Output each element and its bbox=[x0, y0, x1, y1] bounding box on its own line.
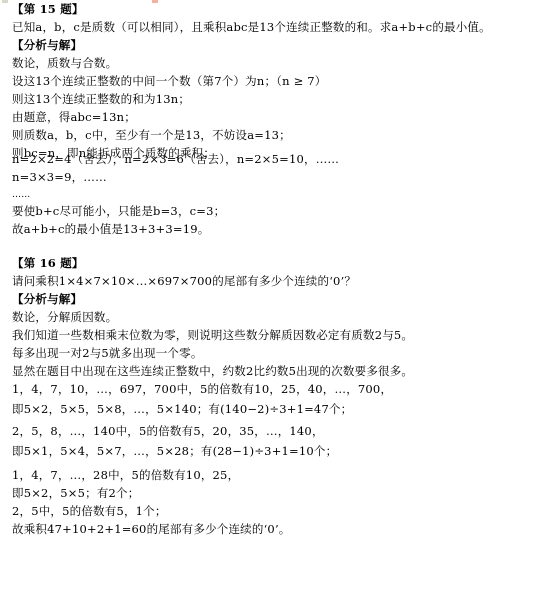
problem-15-title: 【第 15 题】 bbox=[12, 1, 84, 17]
problem-16-analysis-header: 【分析与解】 bbox=[12, 291, 82, 307]
solution-line: 数论，分解质因数。 bbox=[12, 309, 117, 325]
corner-artifact bbox=[2, 0, 8, 3]
solution-line: 即5×2，5×5；有2个； bbox=[12, 485, 139, 501]
solution-line: 2，5，8，…，140中，5的倍数有5，20，35，…，140， bbox=[12, 423, 324, 439]
problem-15-analysis-header: 【分析与解】 bbox=[12, 37, 82, 53]
ellipsis-line: …… bbox=[12, 187, 30, 203]
solution-line: 数论，质数与合数。 bbox=[12, 55, 117, 71]
solution-line: n=3×3=9，…… bbox=[12, 169, 107, 185]
solution-line: 即5×1，5×4，5×7，…，5×28；有(28−1)÷3+1=10个； bbox=[12, 443, 337, 459]
solution-line: 我们知道一些数相乘末位数为零，则说明这些数分解质因数必定有质数2与5。 bbox=[12, 327, 413, 343]
solution-line: 每多出现一对2与5就多出现一个零。 bbox=[12, 345, 203, 361]
problem-16-title: 【第 16 题】 bbox=[12, 255, 84, 271]
solution-line: 显然在题目中出现在这些连续正整数中，约数2比约数5出现的次数要多很多。 bbox=[12, 363, 413, 379]
solution-line: 由题意，得abc=13n； bbox=[12, 109, 136, 125]
solution-line: 即5×2，5×5，5×8，…，5×140；有(140−2)÷3+1=47个； bbox=[12, 401, 352, 417]
solution-line: 1，4，7，10，…，697，700中，5的倍数有10，25，40，…，700， bbox=[12, 381, 392, 397]
solution-line: 2，5中，5的倍数有5，1个； bbox=[12, 503, 167, 519]
corner-artifact-red bbox=[152, 0, 158, 3]
solution-line: 故a+b+c的最小值是13+3+3=19。 bbox=[12, 221, 209, 237]
solution-line: 则质数a，b，c中，至少有一个是13，不妨设a=13； bbox=[12, 127, 291, 143]
problem-16-question: 请问乘积1×4×7×10×…×697×700的尾部有多少个连续的‘0’？ bbox=[12, 273, 356, 289]
solution-line: n=2×2=4（舍去），n=2×3=6（舍去），n=2×5=10，…… bbox=[12, 151, 339, 167]
solution-line: 设这13个连续正整数的中间一个数（第7个）为n；（n ≥ 7） bbox=[12, 73, 326, 89]
problem-15-question: 已知a，b，c是质数（可以相同），且乘积abc是13个连续正整数的和。求a+b+… bbox=[12, 19, 491, 35]
solution-line: 要使b+c尽可能小，只能是b=3，c=3； bbox=[12, 203, 225, 219]
solution-line: 则这13个连续正整数的和为13n； bbox=[12, 91, 190, 107]
solution-line: 故乘积47+10+2+1=60的尾部有多少个连续的‘0’。 bbox=[12, 521, 291, 537]
solution-line: 1，4，7，…，28中，5的倍数有10，25， bbox=[12, 467, 239, 483]
